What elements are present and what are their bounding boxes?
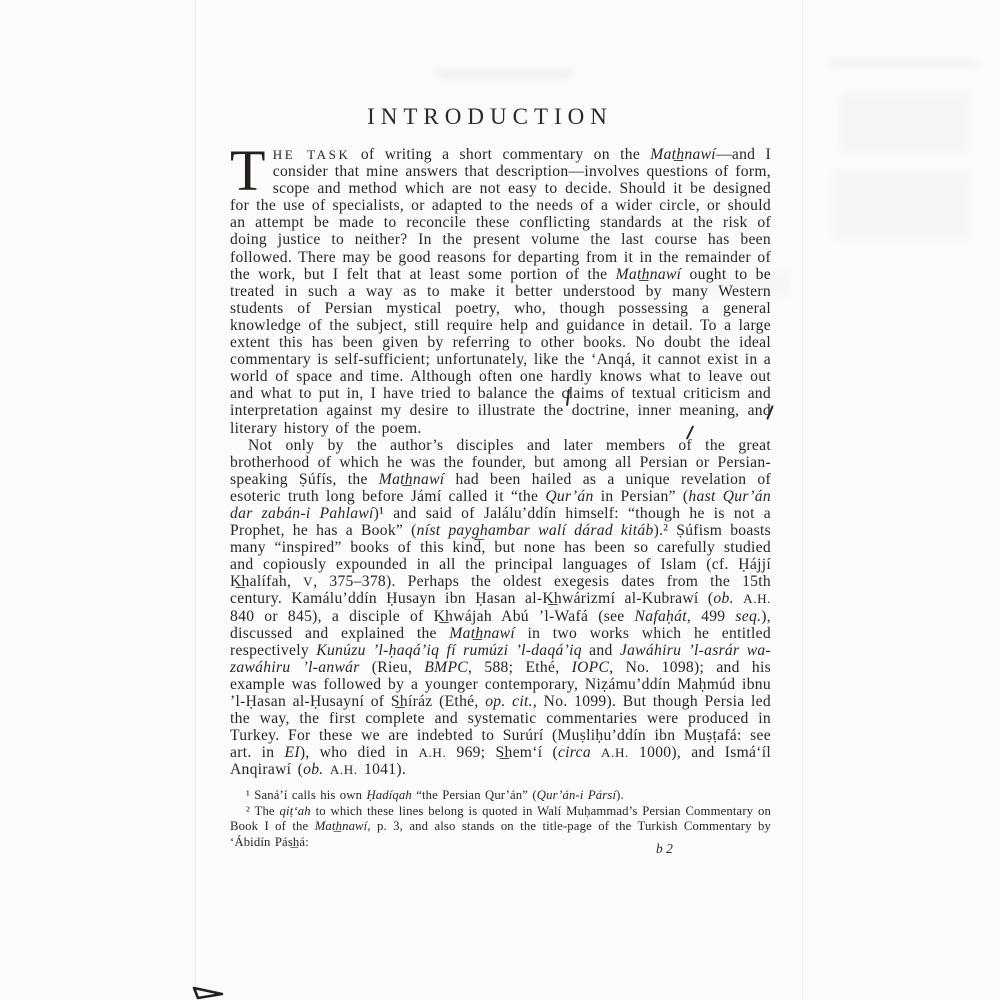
page-left-edge xyxy=(195,0,196,1000)
page-title: INTRODUCTION xyxy=(210,104,770,130)
footnote-2: ² The qiṭ‘ah to which these lines belong… xyxy=(230,804,771,851)
ghost-showthrough xyxy=(437,68,572,79)
ghost-showthrough xyxy=(840,92,970,152)
paragraph-2-text: Not only by the author’s disciples and l… xyxy=(230,437,771,779)
paragraph-1: THE TASK of writing a short commentary o… xyxy=(230,146,771,437)
footnotes-block: ¹ Saná’í calls his own Ḥadíqah “the Pers… xyxy=(230,788,771,850)
scanned-book-page: INTRODUCTION THE TASK of writing a short… xyxy=(0,0,1000,1000)
dropcap-initial: T xyxy=(230,146,273,195)
page-right-edge xyxy=(802,0,803,1000)
ghost-showthrough xyxy=(832,170,972,240)
paragraph-2: Not only by the author’s disciples and l… xyxy=(230,437,771,779)
footnote-1: ¹ Saná’í calls his own Ḥadíqah “the Pers… xyxy=(230,788,771,804)
ghost-showthrough xyxy=(828,58,978,68)
pen-mark-arrowhead xyxy=(192,982,234,1000)
printer-signature-mark: b 2 xyxy=(656,841,673,857)
paragraph-1-text: HE TASK of writing a short commentary on… xyxy=(230,146,771,437)
body-text-block: THE TASK of writing a short commentary o… xyxy=(230,146,771,778)
